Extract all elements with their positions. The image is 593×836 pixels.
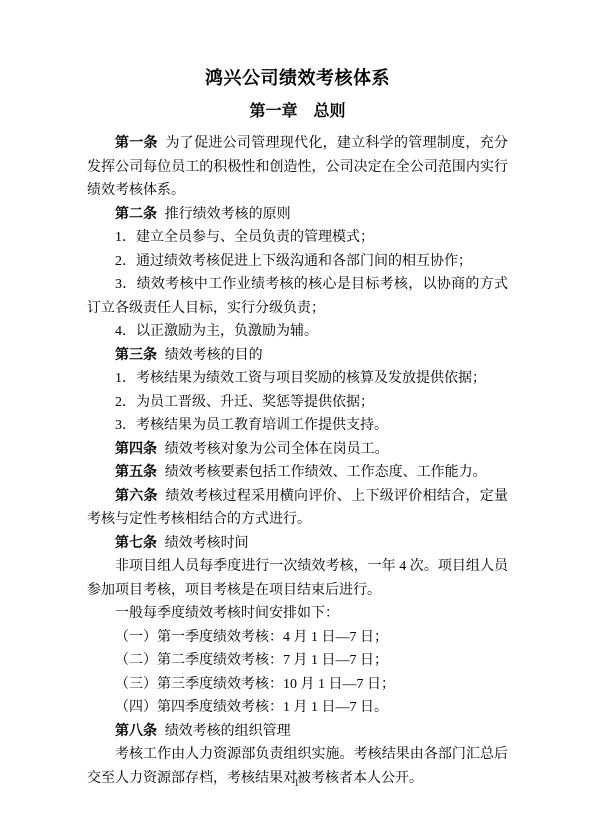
page-footer: 1 <box>0 776 593 790</box>
paragraph-text: （二）第二季度绩效考核：7 月 1 日—7 日； <box>115 653 388 668</box>
page-number: 1 <box>294 777 300 789</box>
paragraph-text: （三）第三季度绩效考核：10 月 1 日—7 日； <box>115 677 395 692</box>
paragraph-text: 3．绩效考核中工作业绩考核的核心是目标考核，以协商的方式订立各级责任人目标，实行… <box>87 277 508 316</box>
article-label: 第六条 <box>115 489 158 504</box>
paragraph-text: 2．通过绩效考核促进上下级沟通和各部门间的相互协作； <box>115 254 472 269</box>
document-content: 鸿兴公司绩效考核体系 第一章 总则 第一条为了促进公司管理现代化，建立科学的管理… <box>87 66 508 790</box>
paragraph: 一般每季度绩效考核时间安排如下： <box>87 602 508 626</box>
article-label: 第五条 <box>115 465 157 480</box>
paragraph: 4．以正激励为主，负激励为辅。 <box>87 320 508 344</box>
article-label: 第二条 <box>115 207 157 222</box>
article-label: 第四条 <box>115 442 157 457</box>
paragraph-text: 一般每季度绩效考核时间安排如下： <box>115 606 339 621</box>
paragraph: 第六条绩效考核过程采用横向评价、上下级评价相结合，定量考核与定性考核相结合的方式… <box>87 485 508 532</box>
paragraph: 第二条推行绩效考核的原则 <box>87 203 508 227</box>
paragraph-text: 绩效考核的目的 <box>165 348 263 363</box>
paragraph: 第三条绩效考核的目的 <box>87 344 508 368</box>
paragraph-text: 绩效考核要素包括工作绩效、工作态度、工作能力。 <box>165 465 487 480</box>
paragraph-text: 1．考核结果为绩效工资与项目奖励的核算及发放提供依据； <box>115 371 486 386</box>
document-body: 第一条为了促进公司管理现代化，建立科学的管理制度，充分发挥公司每位员工的积极性和… <box>87 132 508 790</box>
paragraph-text: 2．为员工晋级、升迁、奖惩等提供依据； <box>115 395 374 410</box>
paragraph-text: 非项目组人员每季度进行一次绩效考核，一年 4 次。项目组人员参加项目考核，项目考… <box>87 559 508 598</box>
paragraph-text: 绩效考核时间 <box>165 536 249 551</box>
chapter-heading: 第一章 总则 <box>87 100 508 124</box>
paragraph: 第八条绩效考核的组织管理 <box>87 720 508 744</box>
document-page: 鸿兴公司绩效考核体系 第一章 总则 第一条为了促进公司管理现代化，建立科学的管理… <box>0 0 593 836</box>
paragraph: 3．绩效考核中工作业绩考核的核心是目标考核，以协商的方式订立各级责任人目标，实行… <box>87 273 508 320</box>
paragraph-text: 4．以正激励为主，负激励为辅。 <box>115 324 318 339</box>
paragraph: （三）第三季度绩效考核：10 月 1 日—7 日； <box>87 673 508 697</box>
paragraph: 非项目组人员每季度进行一次绩效考核，一年 4 次。项目组人员参加项目考核，项目考… <box>87 555 508 602</box>
paragraph-text: （一）第一季度绩效考核：4 月 1 日—7 日； <box>115 630 388 645</box>
paragraph-text: 推行绩效考核的原则 <box>165 207 291 222</box>
paragraph: 第四条绩效考核对象为公司全体在岗员工。 <box>87 438 508 462</box>
paragraph: （一）第一季度绩效考核：4 月 1 日—7 日； <box>87 626 508 650</box>
article-label: 第三条 <box>115 348 157 363</box>
article-label: 第一条 <box>115 136 158 151</box>
paragraph: 第一条为了促进公司管理现代化，建立科学的管理制度，充分发挥公司每位员工的积极性和… <box>87 132 508 203</box>
paragraph: 2．通过绩效考核促进上下级沟通和各部门间的相互协作； <box>87 250 508 274</box>
paragraph-text: 1．建立全员参与、全员负责的管理模式； <box>115 230 374 245</box>
paragraph-text: 3．考核结果为员工教育培训工作提供支持。 <box>115 418 388 433</box>
paragraph: 第七条绩效考核时间 <box>87 532 508 556</box>
paragraph: （四）第四季度绩效考核：1 月 1 日—7 日。 <box>87 696 508 720</box>
paragraph: （二）第二季度绩效考核：7 月 1 日—7 日； <box>87 649 508 673</box>
paragraph-text: 绩效考核的组织管理 <box>165 724 291 739</box>
paragraph: 1．考核结果为绩效工资与项目奖励的核算及发放提供依据； <box>87 367 508 391</box>
paragraph-text: （四）第四季度绩效考核：1 月 1 日—7 日。 <box>115 700 388 715</box>
article-label: 第八条 <box>115 724 157 739</box>
article-label: 第七条 <box>115 536 157 551</box>
paragraph-text: 绩效考核对象为公司全体在岗员工。 <box>165 442 389 457</box>
paragraph: 3．考核结果为员工教育培训工作提供支持。 <box>87 414 508 438</box>
document-title: 鸿兴公司绩效考核体系 <box>87 66 508 90</box>
paragraph: 2．为员工晋级、升迁、奖惩等提供依据； <box>87 391 508 415</box>
paragraph: 1．建立全员参与、全员负责的管理模式； <box>87 226 508 250</box>
paragraph: 第五条绩效考核要素包括工作绩效、工作态度、工作能力。 <box>87 461 508 485</box>
